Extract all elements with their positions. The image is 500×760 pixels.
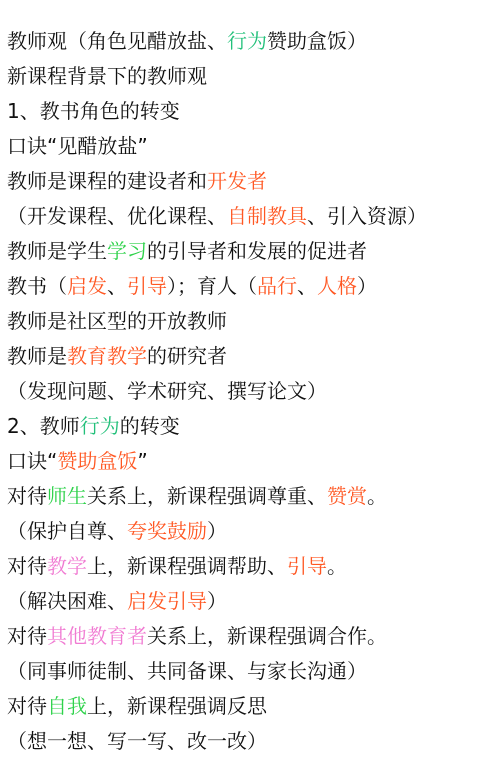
text-line: 对待师生关系上，新课程强调尊重、赞赏。 bbox=[7, 479, 427, 514]
highlight-segment: 引导 bbox=[127, 274, 167, 298]
text-segment: 对待 bbox=[7, 554, 47, 578]
text-segment: 对待 bbox=[7, 694, 47, 718]
text-line: （保护自尊、夸奖鼓励） bbox=[7, 514, 427, 549]
text-segment: 赞助盒饭） bbox=[267, 29, 367, 53]
highlight-segment: 学习 bbox=[107, 239, 147, 263]
text-line: （想一想、写一写、改一改） bbox=[7, 724, 427, 759]
highlight-segment: 开发者 bbox=[207, 169, 267, 193]
text-segment: （想一想、写一写、改一改） bbox=[7, 729, 267, 753]
text-segment: （解决困难、 bbox=[7, 589, 127, 613]
text-line: 口诀“见醋放盐” bbox=[7, 129, 427, 164]
highlight-segment: 赞赏 bbox=[327, 484, 367, 508]
text-line: 教师是学生学习的引导者和发展的促进者 bbox=[7, 234, 427, 269]
text-segment: 教师是社区型的开放教师 bbox=[7, 309, 227, 333]
text-segment: 、 bbox=[107, 274, 127, 298]
highlight-segment: 师生 bbox=[47, 484, 87, 508]
text-line: 教师是课程的建设者和开发者 bbox=[7, 164, 427, 199]
text-line: 教师是教育教学的研究者 bbox=[7, 339, 427, 374]
highlight-segment: 引导 bbox=[287, 554, 327, 578]
text-segment: 、 bbox=[297, 274, 317, 298]
text-line: （开发课程、优化课程、自制教具、引入资源） bbox=[7, 199, 427, 234]
highlight-segment: 赞助盒饭 bbox=[57, 449, 137, 473]
text-segment: 教师观（角色见醋放盐、 bbox=[7, 29, 227, 53]
highlight-segment: 教学 bbox=[47, 554, 87, 578]
text-line: 对待其他教育者关系上，新课程强调合作。 bbox=[7, 619, 427, 654]
text-segment: 、引入资源） bbox=[307, 204, 427, 228]
highlight-segment: 人格 bbox=[317, 274, 357, 298]
text-segment: （开发课程、优化课程、 bbox=[7, 204, 227, 228]
highlight-segment: 启发引导 bbox=[127, 589, 207, 613]
text-line: 对待自我上，新课程强调反思 bbox=[7, 689, 427, 724]
text-segment: 的转变 bbox=[120, 414, 180, 438]
text-segment: 的研究者 bbox=[147, 344, 227, 368]
highlight-segment: 教育教学 bbox=[67, 344, 147, 368]
text-segment: 上，新课程强调帮助、 bbox=[87, 554, 287, 578]
text-segment: 教书（ bbox=[7, 274, 67, 298]
text-line: 2、教师行为的转变 bbox=[7, 409, 427, 444]
text-segment: 教师是学生 bbox=[7, 239, 107, 263]
text-segment: 新课程背景下的教师观 bbox=[7, 64, 207, 88]
notes-document: 教师观（角色见醋放盐、行为赞助盒饭）新课程背景下的教师观1、教书角色的转变口诀“… bbox=[7, 24, 427, 759]
text-line: 新课程背景下的教师观 bbox=[7, 59, 427, 94]
highlight-segment: 自制教具 bbox=[227, 204, 307, 228]
text-segment: 教师是课程的建设者和 bbox=[7, 169, 207, 193]
text-segment: ” bbox=[137, 449, 147, 473]
text-line: 对待教学上，新课程强调帮助、引导。 bbox=[7, 549, 427, 584]
text-segment: 。 bbox=[327, 554, 347, 578]
text-line: 教师是社区型的开放教师 bbox=[7, 304, 427, 339]
text-segment: （保护自尊、 bbox=[7, 519, 127, 543]
text-segment: 上，新课程强调反思 bbox=[87, 694, 267, 718]
text-segment: ） bbox=[207, 519, 227, 543]
text-line: （同事师徒制、共同备课、与家长沟通） bbox=[7, 654, 427, 689]
text-segment: 对待 bbox=[7, 484, 47, 508]
highlight-segment: 品行 bbox=[257, 274, 297, 298]
highlight-segment: 其他教育者 bbox=[47, 624, 147, 648]
text-line: 教书（启发、引导）；育人（品行、人格） bbox=[7, 269, 427, 304]
text-segment: 口诀“ bbox=[7, 449, 57, 473]
highlight-segment: 夸奖鼓励 bbox=[127, 519, 207, 543]
text-segment: ） bbox=[207, 589, 227, 613]
text-segment: ） bbox=[357, 274, 377, 298]
text-segment: 2、教师 bbox=[7, 414, 80, 438]
text-line: （解决困难、启发引导） bbox=[7, 584, 427, 619]
text-segment: 。 bbox=[367, 484, 387, 508]
text-segment: （发现问题、学术研究、撰写论文） bbox=[7, 379, 327, 403]
highlight-segment: 启发 bbox=[67, 274, 107, 298]
highlight-segment: 行为 bbox=[80, 414, 120, 438]
text-segment: 关系上，新课程强调合作。 bbox=[147, 624, 387, 648]
text-line: 口诀“赞助盒饭” bbox=[7, 444, 427, 479]
text-segment: 教师是 bbox=[7, 344, 67, 368]
text-segment: 的引导者和发展的促进者 bbox=[147, 239, 367, 263]
text-segment: 对待 bbox=[7, 624, 47, 648]
text-line: （发现问题、学术研究、撰写论文） bbox=[7, 374, 427, 409]
highlight-segment: 自我 bbox=[47, 694, 87, 718]
text-segment: 口诀“见醋放盐” bbox=[7, 134, 148, 158]
text-segment: ）；育人（ bbox=[167, 274, 257, 298]
text-segment: 1、教书角色的转变 bbox=[7, 99, 180, 123]
text-segment: （同事师徒制、共同备课、与家长沟通） bbox=[7, 659, 367, 683]
highlight-segment: 行为 bbox=[227, 29, 267, 53]
text-segment: 关系上，新课程强调尊重、 bbox=[87, 484, 327, 508]
text-line: 1、教书角色的转变 bbox=[7, 94, 427, 129]
text-line: 教师观（角色见醋放盐、行为赞助盒饭） bbox=[7, 24, 427, 59]
